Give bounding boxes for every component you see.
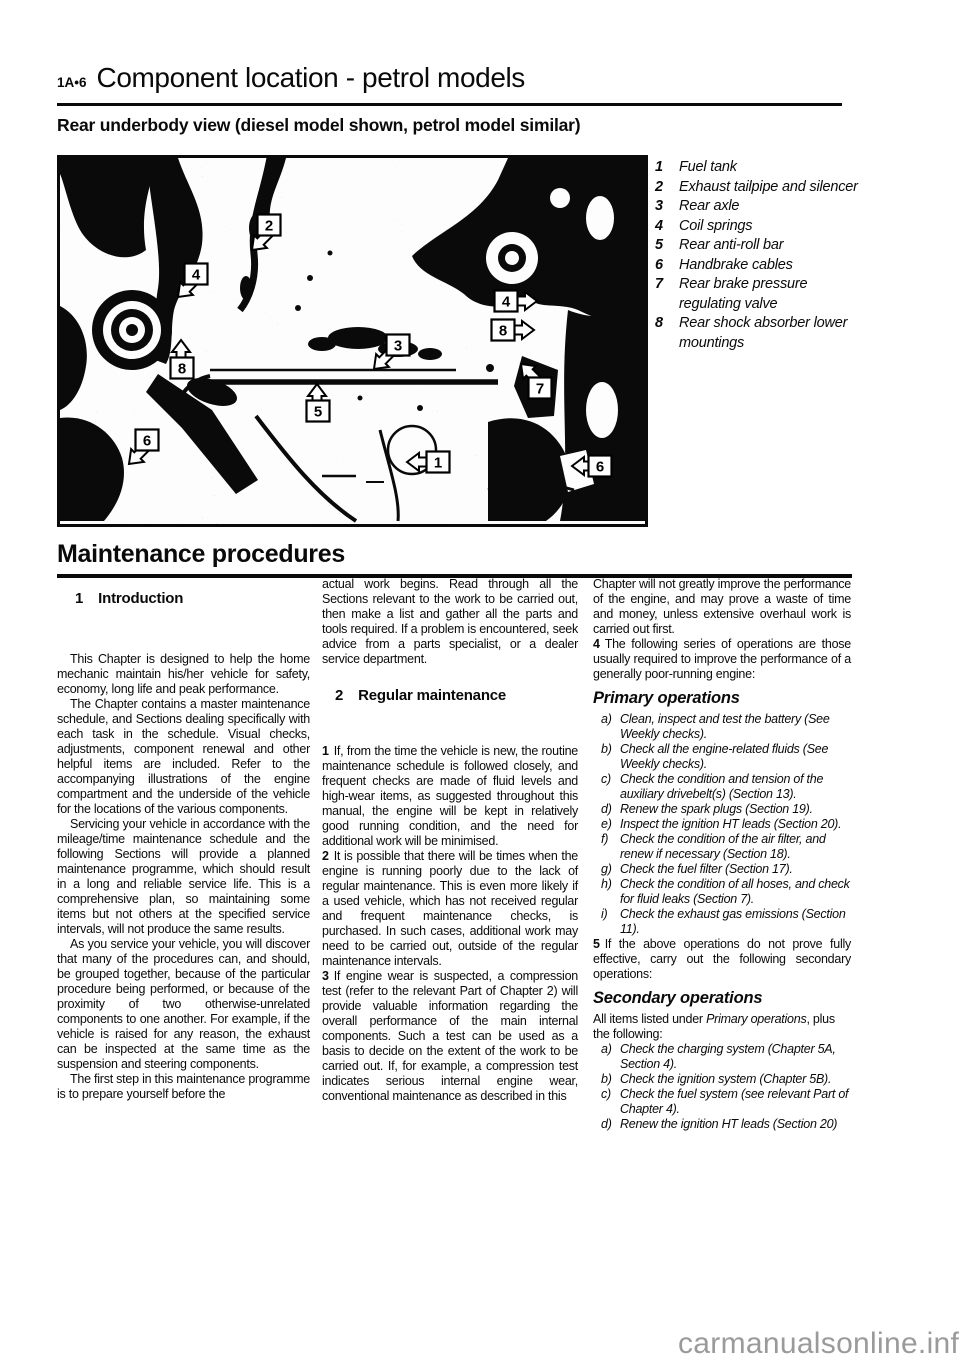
legend-label: Rear axle — [679, 197, 867, 217]
secondary-operations-heading: Secondary operations — [593, 991, 851, 1006]
list-item: a)Clean, inspect and test the battery (S… — [593, 712, 851, 742]
svg-text:8: 8 — [499, 323, 507, 340]
legend-label: Rear brake pressure regulating valve — [679, 275, 867, 314]
legend-label: Exhaust tailpipe and silencer — [679, 178, 867, 198]
numbered-paragraph: 5If the above operations do not prove fu… — [593, 937, 851, 982]
list-item: b)Check all the engine-related fluids (S… — [593, 742, 851, 772]
primary-operations-list: a)Clean, inspect and test the battery (S… — [593, 712, 851, 937]
legend-label: Rear shock absorber lower mountings — [679, 314, 867, 353]
svg-text:2: 2 — [265, 218, 273, 235]
svg-text:6: 6 — [143, 433, 151, 450]
numbered-paragraph: 1If, from the time the vehicle is new, t… — [322, 744, 578, 849]
secondary-operations-list: a)Check the charging system (Chapter 5A,… — [593, 1042, 851, 1132]
legend-item: 6Handbrake cables — [655, 256, 867, 276]
column-2: 1If, from the time the vehicle is new, t… — [322, 744, 578, 1104]
svg-text:3: 3 — [394, 338, 402, 355]
legend-num: 5 — [655, 236, 679, 256]
header-rule — [57, 103, 842, 106]
legend-item: 2Exhaust tailpipe and silencer — [655, 178, 867, 198]
svg-text:4: 4 — [192, 267, 201, 284]
paragraph: actual work begins. Read through all the… — [322, 577, 578, 667]
paragraph: As you service your vehicle, you will di… — [57, 937, 310, 1072]
legend-item: 3Rear axle — [655, 197, 867, 217]
scan-grain — [60, 158, 645, 524]
underbody-photo: 2 4 8 6 5 3 1 4 8 7 — [57, 155, 648, 527]
paragraph-num: 3 — [322, 969, 329, 983]
legend-num: 4 — [655, 217, 679, 237]
page-title: Component location - petrol models — [97, 62, 525, 94]
legend-item: 5Rear anti-roll bar — [655, 236, 867, 256]
list-item: a)Check the charging system (Chapter 5A,… — [593, 1042, 851, 1072]
legend-label: Handbrake cables — [679, 256, 867, 276]
heading-regular-maintenance: 2 Regular maintenance — [335, 687, 506, 704]
heading-num: 2 — [335, 687, 343, 704]
legend-item: 4Coil springs — [655, 217, 867, 237]
column-2-continuation: actual work begins. Read through all the… — [322, 577, 578, 667]
page-header: 1A•6 Component location - petrol models — [57, 62, 525, 94]
paragraph-num: 4 — [593, 637, 600, 651]
legend-num: 1 — [655, 158, 679, 178]
list-item: c)Check the condition and tension of the… — [593, 772, 851, 802]
paragraph: The first step in this maintenance progr… — [57, 1072, 310, 1102]
underbody-photo-art: 2 4 8 6 5 3 1 4 8 7 — [60, 158, 645, 524]
paragraph-num: 1 — [322, 744, 329, 758]
paragraph: The Chapter contains a master maintenanc… — [57, 697, 310, 817]
list-item: g)Check the fuel filter (Section 17). — [593, 862, 851, 877]
column-1: This Chapter is designed to help the hom… — [57, 652, 310, 1102]
legend-item: 7Rear brake pressure regulating valve — [655, 275, 867, 314]
section-title: Maintenance procedures — [57, 540, 345, 569]
numbered-paragraph: 3If engine wear is suspected, a compress… — [322, 969, 578, 1104]
list-item: c)Check the fuel system (see relevant Pa… — [593, 1087, 851, 1117]
paragraph-num: 2 — [322, 849, 329, 863]
legend-label: Rear anti-roll bar — [679, 236, 867, 256]
list-item: e)Inspect the ignition HT leads (Section… — [593, 817, 851, 832]
paragraph: Chapter will not greatly improve the per… — [593, 577, 851, 637]
paragraph: This Chapter is designed to help the hom… — [57, 652, 310, 697]
watermark: carmanualsonline.info — [678, 1327, 960, 1361]
legend-label: Fuel tank — [679, 158, 867, 178]
legend-label: Coil springs — [679, 217, 867, 237]
page-number: 1A•6 — [57, 75, 87, 90]
figure-caption: Rear underbody view (diesel model shown,… — [57, 115, 580, 136]
paragraph: Servicing your vehicle in accordance wit… — [57, 817, 310, 937]
paragraph-num: 5 — [593, 937, 600, 951]
legend-num: 7 — [655, 275, 679, 314]
heading-num: 1 — [75, 590, 83, 607]
manual-page: { "header": { "page_number": "1A•6", "ti… — [0, 0, 960, 1362]
svg-text:7: 7 — [536, 381, 544, 398]
heading-label: Regular maintenance — [358, 687, 506, 704]
svg-text:1: 1 — [434, 455, 442, 472]
legend-num: 6 — [655, 256, 679, 276]
list-item: f)Check the condition of the air filter,… — [593, 832, 851, 862]
svg-text:6: 6 — [596, 459, 604, 476]
heading-label: Introduction — [98, 590, 183, 607]
secondary-intro: All items listed under Primary operation… — [593, 1012, 851, 1042]
list-item: d)Renew the spark plugs (Section 19). — [593, 802, 851, 817]
numbered-paragraph: 2It is possible that there will be times… — [322, 849, 578, 969]
legend-item: 1Fuel tank — [655, 158, 867, 178]
list-item: d)Renew the ignition HT leads (Section 2… — [593, 1117, 851, 1132]
svg-text:8: 8 — [178, 361, 186, 378]
column-3: Chapter will not greatly improve the per… — [593, 577, 851, 1132]
heading-introduction: 1 Introduction — [75, 590, 183, 607]
legend-item: 8Rear shock absorber lower mountings — [655, 314, 867, 353]
numbered-paragraph: 4The following series of operations are … — [593, 637, 851, 682]
list-item: h)Check the condition of all hoses, and … — [593, 877, 851, 907]
figure-legend: 1Fuel tank 2Exhaust tailpipe and silence… — [655, 158, 867, 353]
legend-num: 8 — [655, 314, 679, 353]
primary-operations-heading: Primary operations — [593, 691, 851, 706]
list-item: b)Check the ignition system (Chapter 5B)… — [593, 1072, 851, 1087]
svg-text:5: 5 — [314, 404, 322, 421]
legend-num: 2 — [655, 178, 679, 198]
list-item: i)Check the exhaust gas emissions (Secti… — [593, 907, 851, 937]
legend-num: 3 — [655, 197, 679, 217]
svg-text:4: 4 — [502, 294, 511, 311]
